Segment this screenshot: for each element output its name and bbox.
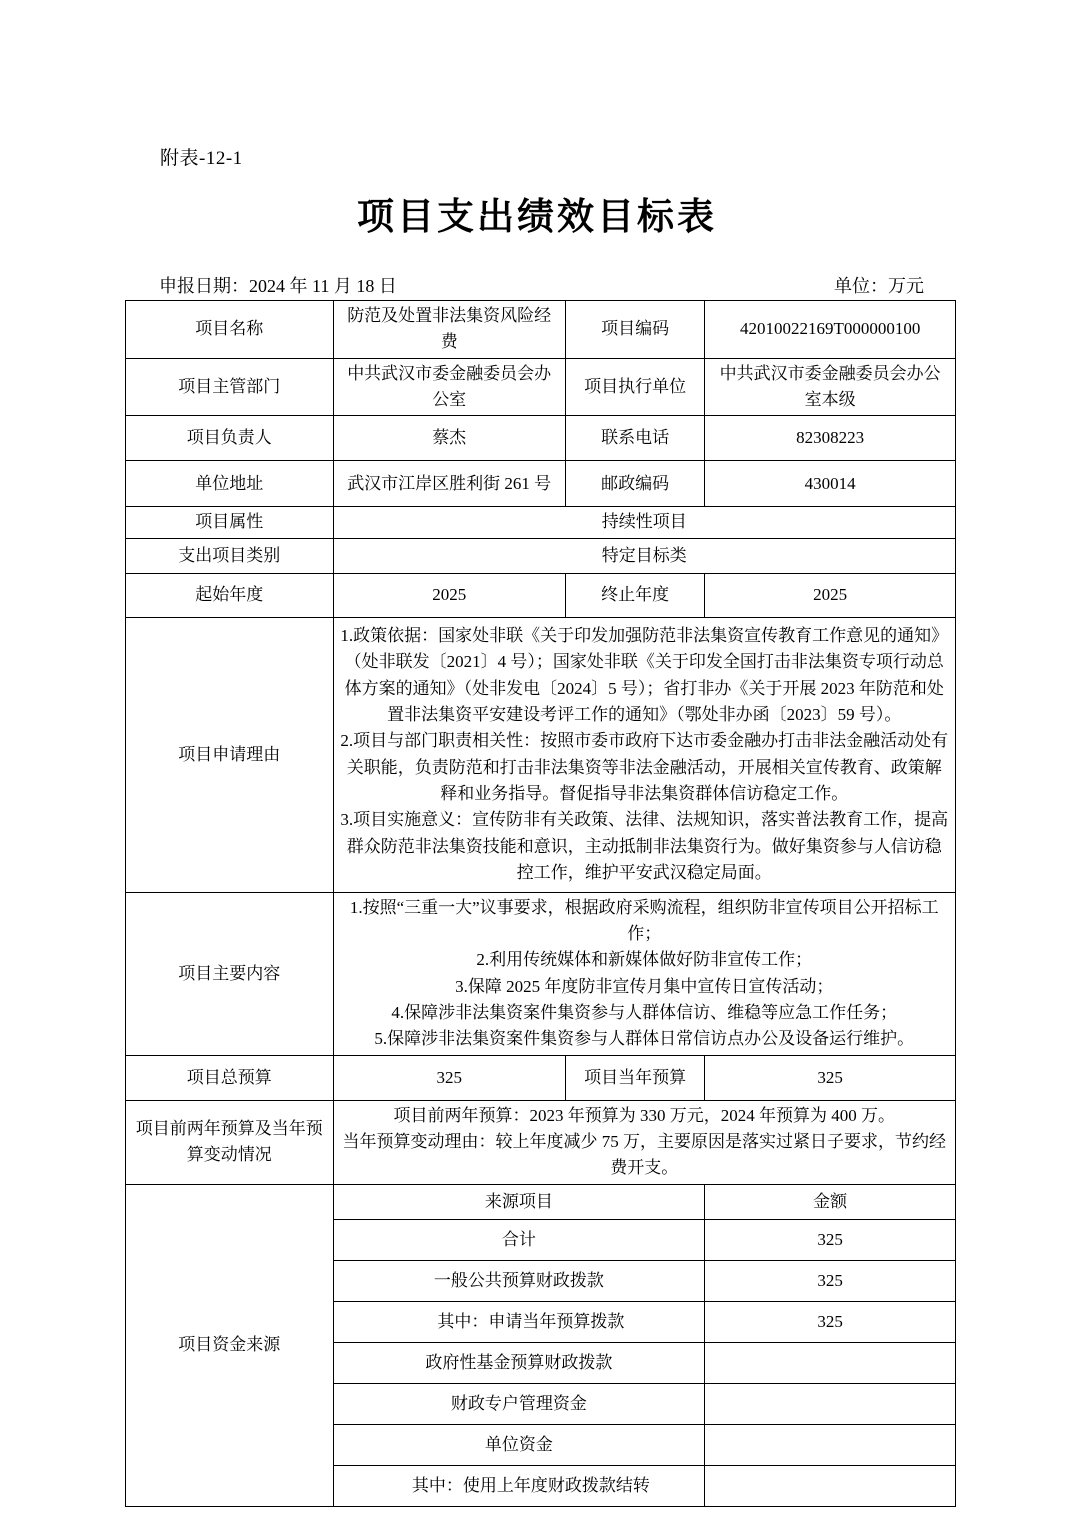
declare-date: 申报日期：2024 年 11 月 18 日 — [159, 272, 397, 298]
phone-label: 联系电话 — [565, 416, 704, 461]
funding-label: 项目资金来源 — [126, 1184, 334, 1506]
budget-history-text: 项目前两年预算：2023 年预算为 330 万元，2024 年预算为 400 万… — [333, 1100, 956, 1184]
meta-row: 申报日期：2024 年 11 月 18 日 单位：万元 — [125, 272, 956, 298]
row-dept: 项目主管部门 中共武汉市委金融委员会办公室 项目执行单位 中共武汉市委金融委员会… — [126, 358, 956, 416]
row-budget-history: 项目前两年预算及当年预算变动情况 项目前两年预算：2023 年预算为 330 万… — [126, 1100, 956, 1184]
reason-paragraph-3: 3.项目实施意义：宣传防非有关政策、法律、法规知识，落实普法教育工作，提高群众防… — [340, 807, 950, 886]
dept-value: 中共武汉市委金融委员会办公室 — [333, 358, 565, 416]
postcode-value: 430014 — [705, 461, 956, 507]
row-years: 起始年度 2025 终止年度 2025 — [126, 573, 956, 617]
funding-amount-header: 金额 — [705, 1184, 956, 1219]
funding-amount — [705, 1342, 956, 1383]
content-item-1: 1.按照“三重一大”议事要求，根据政府采购流程，组织防非宣传项目公开招标工作； — [340, 895, 950, 948]
attribute-label: 项目属性 — [126, 507, 334, 538]
exec-unit-label: 项目执行单位 — [565, 358, 704, 416]
funding-source-name: 财政专户管理资金 — [333, 1383, 705, 1424]
address-label: 单位地址 — [126, 461, 334, 507]
funding-source-name: 合计 — [333, 1219, 705, 1260]
row-content: 项目主要内容 1.按照“三重一大”议事要求，根据政府采购流程，组织防非宣传项目公… — [126, 892, 956, 1055]
budget-current-label: 项目当年预算 — [565, 1055, 704, 1100]
funding-amount: 325 — [705, 1219, 956, 1260]
page-title: 项目支出绩效目标表 — [0, 186, 1074, 240]
category-label: 支出项目类别 — [126, 538, 334, 573]
document-page: 附表-12-1 项目支出绩效目标表 申报日期：2024 年 11 月 18 日 … — [0, 0, 1074, 1520]
budget-history-label: 项目前两年预算及当年预算变动情况 — [126, 1100, 334, 1184]
content-text: 1.按照“三重一大”议事要求，根据政府采购流程，组织防非宣传项目公开招标工作； … — [333, 892, 956, 1055]
annex-label: 附表-12-1 — [160, 143, 243, 170]
leader-label: 项目负责人 — [126, 416, 334, 461]
category-value: 特定目标类 — [333, 538, 956, 573]
row-funding-header: 项目资金来源 来源项目 金额 — [126, 1184, 956, 1219]
project-code-label: 项目编码 — [565, 301, 704, 359]
dept-label: 项目主管部门 — [126, 358, 334, 416]
content-item-4: 4.保障涉非法集资案件集资参与人群体信访、维稳等应急工作任务； — [340, 1000, 950, 1026]
reason-paragraph-2: 2.项目与部门职责相关性：按照市委市政府下达市委金融办打击非法金融活动处有关职能… — [340, 728, 950, 807]
budget-total-label: 项目总预算 — [126, 1055, 334, 1100]
funding-source-name: 一般公共预算财政拨款 — [333, 1260, 705, 1301]
content-label: 项目主要内容 — [126, 892, 334, 1055]
attribute-value: 持续性项目 — [333, 507, 956, 538]
leader-value: 蔡杰 — [333, 416, 565, 461]
row-reason: 项目申请理由 1.政策依据：国家处非联《关于印发加强防范非法集资宣传教育工作意见… — [126, 617, 956, 892]
funding-source-name: 单位资金 — [333, 1424, 705, 1465]
row-leader: 项目负责人 蔡杰 联系电话 82308223 — [126, 416, 956, 461]
project-name-label: 项目名称 — [126, 301, 334, 359]
exec-unit-value: 中共武汉市委金融委员会办公室本级 — [705, 358, 956, 416]
reason-paragraph-1: 1.政策依据：国家处非联《关于印发加强防范非法集资宣传教育工作意见的通知》（处非… — [340, 623, 950, 728]
start-year-label: 起始年度 — [126, 573, 334, 617]
budget-history-line-2: 当年预算变动理由：较上年度减少 75 万，主要原因是落实过紧日子要求，节约经费开… — [340, 1129, 950, 1182]
funding-source-name: 政府性基金预算财政拨款 — [333, 1342, 705, 1383]
content-item-3: 3.保障 2025 年度防非宣传月集中宣传日宣传活动； — [340, 974, 950, 1000]
phone-value: 82308223 — [705, 416, 956, 461]
project-name-value: 防范及处置非法集资风险经费 — [333, 301, 565, 359]
budget-total-value: 325 — [333, 1055, 565, 1100]
funding-source-name: 其中：使用上年度财政拨款结转 — [333, 1465, 705, 1506]
content-item-5: 5.保障涉非法集资案件集资参与人群体日常信访点办公及设备运行维护。 — [340, 1026, 950, 1052]
row-address: 单位地址 武汉市江岸区胜利街 261 号 邮政编码 430014 — [126, 461, 956, 507]
postcode-label: 邮政编码 — [565, 461, 704, 507]
row-category: 支出项目类别 特定目标类 — [126, 538, 956, 573]
address-value: 武汉市江岸区胜利街 261 号 — [333, 461, 565, 507]
performance-target-table: 项目名称 防范及处置非法集资风险经费 项目编码 42010022169T0000… — [125, 300, 956, 1507]
funding-amount — [705, 1465, 956, 1506]
project-code-value: 42010022169T000000100 — [705, 301, 956, 359]
unit-note: 单位：万元 — [834, 272, 924, 298]
row-budget: 项目总预算 325 项目当年预算 325 — [126, 1055, 956, 1100]
funding-amount: 325 — [705, 1301, 956, 1342]
start-year-value: 2025 — [333, 573, 565, 617]
row-project-name: 项目名称 防范及处置非法集资风险经费 项目编码 42010022169T0000… — [126, 301, 956, 359]
end-year-value: 2025 — [705, 573, 956, 617]
funding-amount — [705, 1383, 956, 1424]
funding-amount — [705, 1424, 956, 1465]
budget-current-value: 325 — [705, 1055, 956, 1100]
funding-amount: 325 — [705, 1260, 956, 1301]
content-item-2: 2.利用传统媒体和新媒体做好防非宣传工作； — [340, 947, 950, 973]
row-attribute: 项目属性 持续性项目 — [126, 507, 956, 538]
reason-text: 1.政策依据：国家处非联《关于印发加强防范非法集资宣传教育工作意见的通知》（处非… — [333, 617, 956, 892]
funding-source-header: 来源项目 — [333, 1184, 705, 1219]
funding-source-name: 其中：申请当年预算拨款 — [333, 1301, 705, 1342]
end-year-label: 终止年度 — [565, 573, 704, 617]
reason-label: 项目申请理由 — [126, 617, 334, 892]
budget-history-line-1: 项目前两年预算：2023 年预算为 330 万元，2024 年预算为 400 万… — [340, 1103, 950, 1129]
